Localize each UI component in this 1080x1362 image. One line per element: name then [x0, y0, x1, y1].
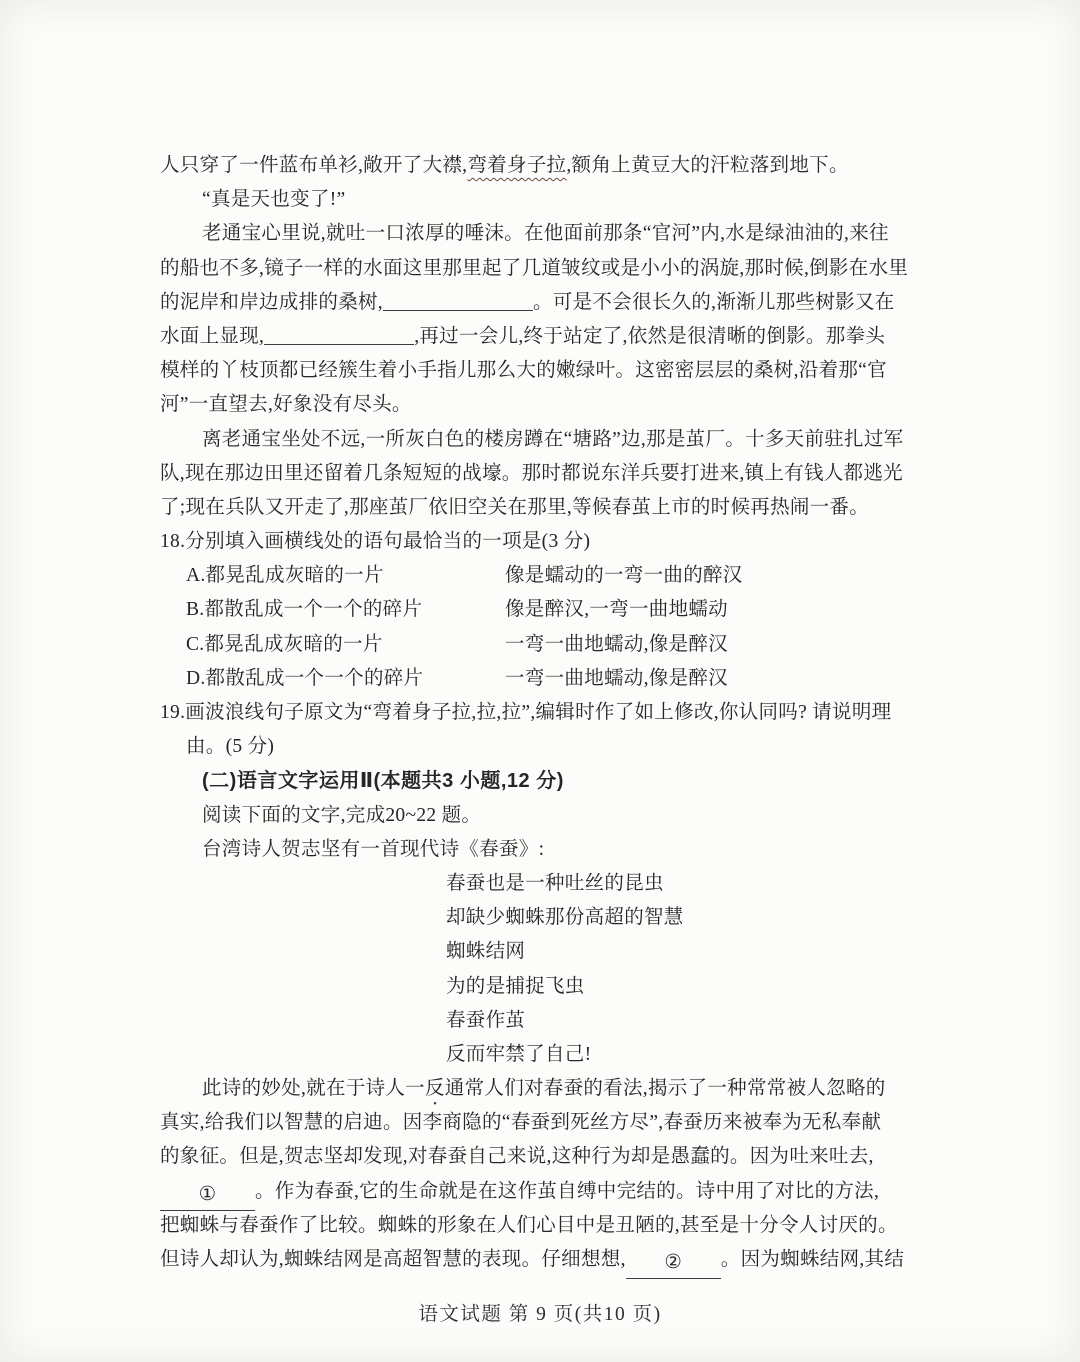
- analysis-text: 。因为蜘蛛结网,其结: [721, 1249, 904, 1270]
- passage-line: 的船也不多,镜子一样的水面这里那里起了几道皱纹或是小小的涡旋,那时候,倒影在水里: [160, 252, 950, 286]
- passage-text: 。可是不会很长久的,渐渐儿那些树影又在: [533, 292, 895, 313]
- question-18-stem: 18.分别填入画横线处的语句最恰当的一项是(3 分): [160, 525, 950, 559]
- passage-text: 人只穿了一件蓝布单衫,敞开了大襟,: [160, 155, 467, 176]
- passage-line: 队,现在那边田里还留着几条短短的战壕。那时都说东洋兵要打进来,镇上有钱人都逃光: [160, 457, 950, 491]
- analysis-line: 的象征。但是,贺志坚却发现,对春蚕自己来说,这种行为却是愚蠢的。因为吐来吐去,: [160, 1140, 950, 1174]
- passage-text: ,再过一会儿,终于站定了,依然是很清晰的倒影。那拳头: [414, 326, 885, 347]
- section-heading: (二)语言文字运用Ⅱ(本题共3 小题,12 分): [160, 764, 950, 798]
- analysis-line: 但诗人却认为,蜘蛛结网是高超智慧的表现。仔细想想,②。因为蜘蛛结网,其结: [160, 1243, 950, 1277]
- poem-line: 却缺少蜘蛛那份高超的智慧: [160, 901, 950, 935]
- poem-line: 反而牢禁了自己!: [160, 1038, 950, 1072]
- section-instruction: 阅读下面的文字,完成20~22 题。: [160, 799, 950, 833]
- fill-in-blank-line: [383, 289, 533, 310]
- question-18-option-a: A.都晃乱成灰暗的一片像是蠕动的一弯一曲的醉汉: [160, 559, 950, 593]
- passage-line: “真是天也变了!”: [160, 183, 950, 217]
- page-footer: 语文试题 第 9 页(共10 页): [0, 1298, 1080, 1326]
- passage-line: 河”一直望去,好象没有尽头。: [160, 388, 950, 422]
- passage-line: 人只穿了一件蓝布单衫,敞开了大襟,弯着身子拉,额角上黄豆大的汗粒落到地下。: [160, 149, 950, 183]
- exam-page: 人只穿了一件蓝布单衫,敞开了大襟,弯着身子拉,额角上黄豆大的汗粒落到地下。 “真…: [0, 0, 1080, 1362]
- page-content: 人只穿了一件蓝布单衫,敞开了大襟,弯着身子拉,额角上黄豆大的汗粒落到地下。 “真…: [160, 149, 950, 1277]
- emphasized-char: 反: [425, 1078, 445, 1099]
- passage-line: 离老通宝坐处不远,一所灰白色的楼房蹲在“塘路”边,那是茧厂。十多天前驻扎过军: [160, 423, 950, 457]
- question-18-option-d: D.都散乱成一个一个的碎片一弯一曲地蠕动,像是醉汉: [160, 662, 950, 696]
- passage-text: 的泥岸和岸边成排的桑树,: [160, 292, 383, 313]
- poem-line: 春蚕也是一种吐丝的昆虫: [160, 867, 950, 901]
- numbered-blank-1: ①: [160, 1180, 255, 1211]
- passage-line: 了;现在兵队又开走了,那座茧厂依旧空关在那里,等候春茧上市的时候再热闹一番。: [160, 491, 950, 525]
- option-left-text: A.都晃乱成灰暗的一片: [186, 559, 505, 593]
- option-left-text: B.都散乱成一个一个的碎片: [186, 593, 505, 627]
- option-left-text: C.都晃乱成灰暗的一片: [186, 628, 505, 662]
- analysis-text: 通常人们对春蚕的看法,揭示了一种常常被人忽略的: [445, 1078, 886, 1099]
- passage-line: 老通宝心里说,就吐一口浓厚的唾沫。在他面前那条“官河”内,水是绿油油的,来往: [160, 217, 950, 251]
- poem-line: 春蚕作茧: [160, 1004, 950, 1038]
- poem-line: 为的是捕捉飞虫: [160, 970, 950, 1004]
- option-right-text: 像是蠕动的一弯一曲的醉汉: [505, 565, 743, 586]
- fill-in-blank-line: [264, 323, 414, 344]
- analysis-line: 把蜘蛛与春蚕作了比较。蜘蛛的形象在人们心目中是丑陋的,甚至是十分令人讨厌的。: [160, 1209, 950, 1243]
- passage-text: 水面上显现,: [160, 326, 264, 347]
- passage-line: 模样的丫枝顶都已经簇生着小手指儿那么大的嫩绿叶。这密密层层的桑树,沿着那“官: [160, 354, 950, 388]
- option-right-text: 一弯一曲地蠕动,像是醉汉: [505, 668, 728, 689]
- passage-line: 水面上显现,,再过一会儿,终于站定了,依然是很清晰的倒影。那拳头: [160, 320, 950, 354]
- question-18-option-b: B.都散乱成一个一个的碎片像是醉汉,一弯一曲地蠕动: [160, 593, 950, 627]
- analysis-line: 真实,给我们以智慧的启迪。因李商隐的“春蚕到死丝方尽”,春蚕历来被奉为无私奉献: [160, 1106, 950, 1140]
- analysis-text: 但诗人却认为,蜘蛛结网是高超智慧的表现。仔细想想,: [160, 1249, 626, 1270]
- analysis-text: 此诗的妙处,就在于诗人一: [202, 1078, 425, 1099]
- passage-line: 的泥岸和岸边成排的桑树,。可是不会很长久的,渐渐儿那些树影又在: [160, 286, 950, 320]
- wavy-underlined-text: 弯着身子拉: [467, 155, 566, 176]
- question-19-stem-line1: 19.画波浪线句子原文为“弯着身子拉,拉,拉”,编辑时作了如上修改,你认同吗? …: [160, 696, 950, 730]
- numbered-blank-2: ②: [626, 1248, 721, 1279]
- passage-text: ,额角上黄豆大的汗粒落到地下。: [566, 155, 848, 176]
- poem-line: 蜘蛛结网: [160, 935, 950, 969]
- option-left-text: D.都散乱成一个一个的碎片: [186, 662, 505, 696]
- poem-intro: 台湾诗人贺志坚有一首现代诗《春蚕》:: [160, 833, 950, 867]
- question-18-option-c: C.都晃乱成灰暗的一片一弯一曲地蠕动,像是醉汉: [160, 628, 950, 662]
- analysis-line: 此诗的妙处,就在于诗人一反通常人们对春蚕的看法,揭示了一种常常被人忽略的: [160, 1072, 950, 1106]
- option-right-text: 像是醉汉,一弯一曲地蠕动: [505, 599, 728, 620]
- option-right-text: 一弯一曲地蠕动,像是醉汉: [505, 634, 728, 655]
- question-19-stem-line2: 由。(5 分): [160, 730, 950, 764]
- analysis-text: 。作为春蚕,它的生命就是在这作茧自缚中完结的。诗中用了对比的方法,: [255, 1181, 879, 1202]
- analysis-line: ①。作为春蚕,它的生命就是在这作茧自缚中完结的。诗中用了对比的方法,: [160, 1175, 950, 1209]
